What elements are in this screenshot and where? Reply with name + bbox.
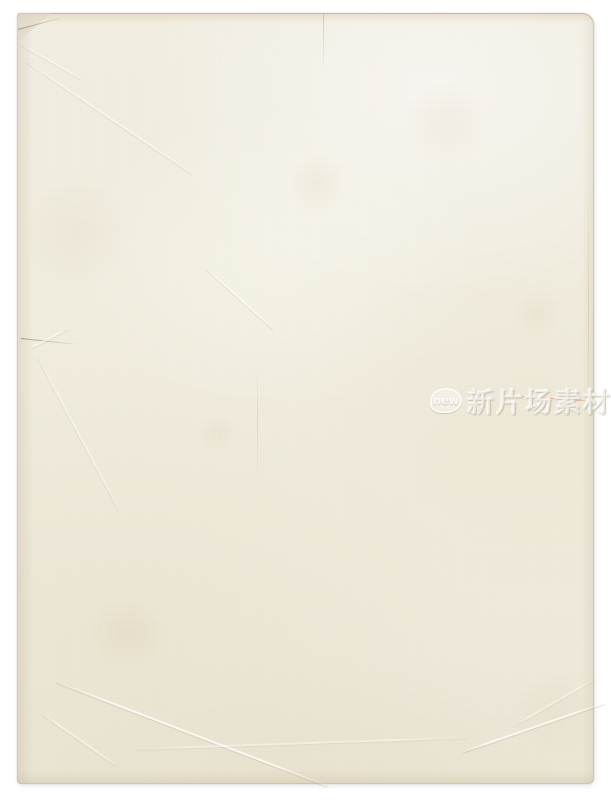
paper-sheet: new 新片场素材 [17,13,594,784]
paper-age-stains [17,13,594,784]
top-left-corner-fold [17,13,51,43]
photo-canvas: new 新片场素材 [0,0,611,800]
